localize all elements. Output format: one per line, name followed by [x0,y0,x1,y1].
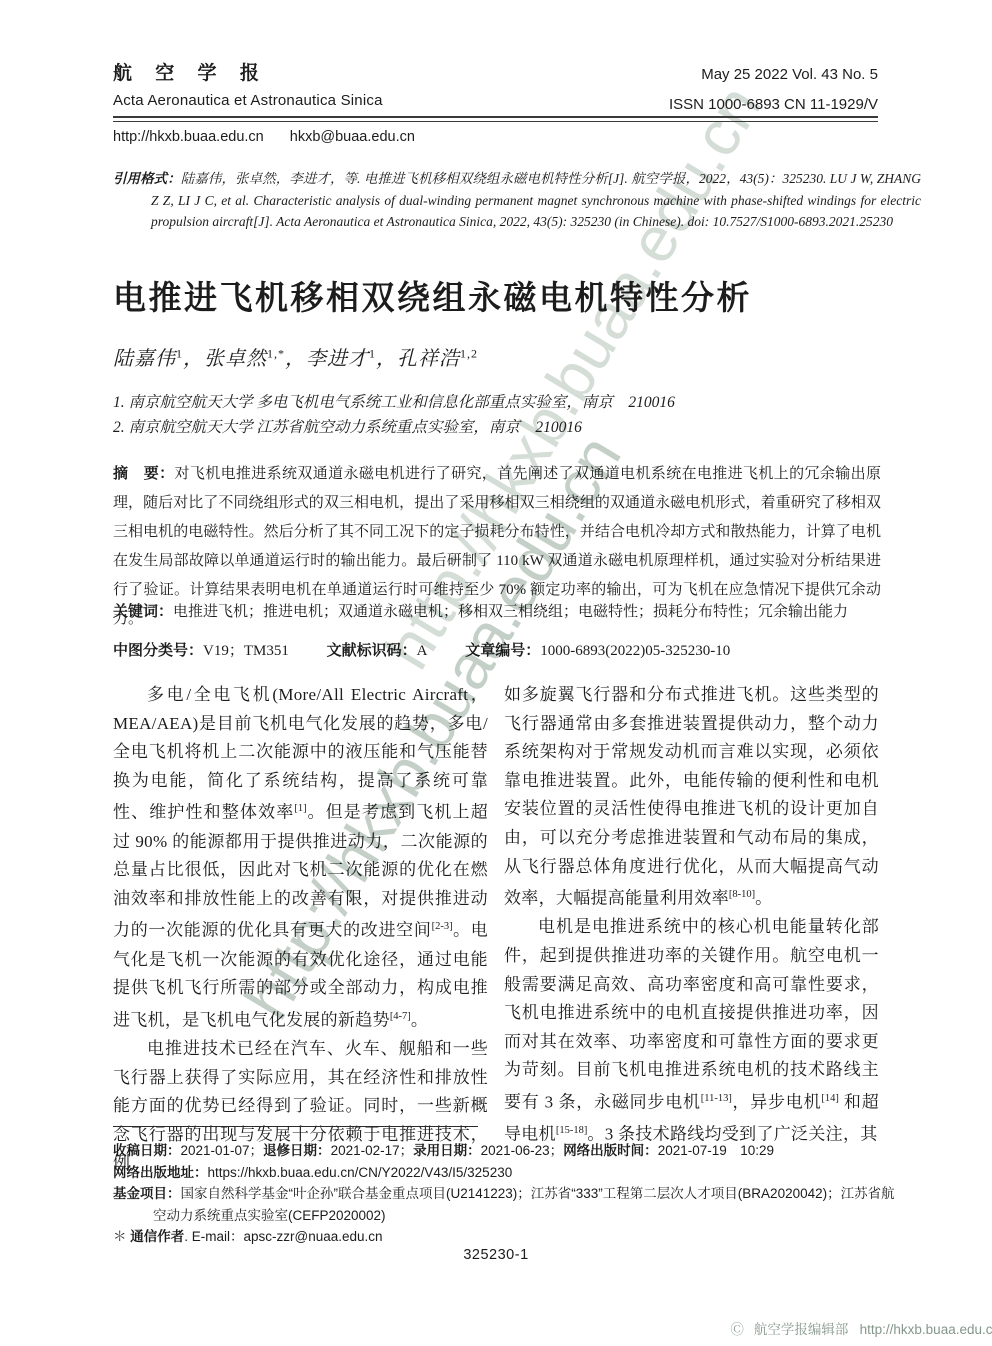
citation-block: 引用格式：陆嘉伟，张卓然，李进才，等. 电推进飞机移相双绕组永磁电机特性分析[J… [113,168,921,233]
author-name: 李进才1 [306,348,376,370]
body-column-right: 如多旋翼飞行器和分布式推进飞机。这些类型的飞行器通常由多套推进装置提供动力，整个… [504,681,879,1149]
footnote-line: 收稿日期：2021-01-07；退修日期：2021-02-17；录用日期：202… [113,1140,897,1162]
footnote-text: . E-mail：apsc-zzr@nuaa.edu.cn [184,1229,382,1244]
footnote-text: 国家自然科学基金“叶企孙”联合基金重点项目(U2141223)；江苏省“333”… [153,1186,895,1223]
abstract-label: 摘 要： [113,465,174,482]
article-title: 电推进飞机移相双绕组永磁电机特性分析 [113,272,752,319]
affiliation-2: 2. 南京航空航天大学 江苏省航空动力系统重点实验室，南京 210016 [113,415,675,440]
body-paragraph: 如多旋翼飞行器和分布式推进飞机。这些类型的飞行器通常由多套推进装置提供动力，整个… [504,681,879,913]
author-affiliation-marker: 1 [176,346,183,360]
footnote-line: 网络出版地址：https://hkxb.buaa.edu.cn/CN/Y2022… [113,1162,897,1184]
copyright-symbol-icon: Ⓒ [730,1322,744,1337]
body-paragraph: 多电/全电飞机(More/All Electric Aircraft，MEA/A… [113,681,488,1035]
author-affiliation-marker: 1,2 [460,346,478,360]
footnote-text: https://hkxb.buaa.edu.cn/CN/Y2022/V43/I5… [208,1165,513,1180]
copyright-line: Ⓒ航空学报编辑部 http://hkxb.buaa.edu.cn [730,1318,992,1338]
footnote-label: 基金项目： [113,1186,181,1201]
footnote-text: 2021-02-17； [331,1143,414,1158]
author-name: 孔祥浩1,2 [397,348,478,370]
clc-value: V19；TM351 [203,643,289,659]
article-id-label: 文章编号： [465,642,540,659]
reference-marker: [8-10] [729,889,755,900]
footnote-divider [113,1126,478,1127]
author-affiliation-marker: 1 [369,346,376,360]
affiliation-1: 1. 南京航空航天大学 多电飞机电气系统工业和信息化部重点实验室，南京 2100… [113,390,675,415]
body-paragraph: 电机是电推进系统中的核心机电能量转化部件，起到提供推进功率的关键作用。航空电机一… [504,913,879,1149]
footnote-line: ＊ 通信作者. E-mail：apsc-zzr@nuaa.edu.cn [113,1226,897,1248]
page-number: 325230-1 [0,1247,992,1263]
footnote-label: 网络出版时间： [563,1143,658,1158]
keywords-block: 关键词：电推进飞机；推进电机；双通道永磁电机；移相双三相绕组；电磁特性；损耗分布… [113,600,881,621]
journal-email: hkxb@buaa.edu.cn [290,129,415,145]
doc-code-pair: 文献标识码：A [327,643,428,659]
reference-marker: [14] [821,1093,839,1104]
footnote-label: 收稿日期： [113,1143,181,1158]
reference-marker: [2-3] [432,921,453,932]
journal-website-link: http://hkxb.buaa.edu.cn [113,129,264,145]
footnote-label: 通信作者 [130,1229,184,1244]
footnote-block: 收稿日期：2021-01-07；退修日期：2021-02-17；录用日期：202… [113,1140,897,1248]
classification-line: 中图分类号：V19；TM351 文献标识码：A 文章编号：1000-6893(2… [113,639,881,660]
author-name: 张卓然1,* [204,348,285,370]
copyright-owner: 航空学报编辑部 [754,1322,849,1337]
footnote-line: 基金项目：国家自然科学基金“叶企孙”联合基金重点项目(U2141223)；江苏省… [113,1183,897,1226]
citation-text: 陆嘉伟，张卓然，李进才，等. 电推进飞机移相双绕组永磁电机特性分析[J]. 航空… [151,171,921,229]
footnote-label: 网络出版地址： [113,1165,208,1180]
journal-contact-line: http://hkxb.buaa.edu.cnhkxb@buaa.edu.cn [113,129,441,145]
journal-name-cn: 航 空 学 报 [113,58,383,85]
doc-code-value: A [417,643,428,659]
keywords-label: 关键词： [113,603,173,620]
reference-marker: [4-7] [390,1011,411,1022]
article-id-value: 1000-6893(2022)05-325230-10 [540,643,730,659]
doc-code-label: 文献标识码： [327,642,417,659]
header-divider [113,116,878,122]
footnote-text: ＊ [113,1229,130,1244]
footnote-text: 2021-06-23； [481,1143,564,1158]
footnote-text: 2021-01-07； [181,1143,264,1158]
footnote-text: 2021-07-19 10:29 [658,1143,774,1158]
footnote-label: 退修日期： [263,1143,331,1158]
reference-marker: [1] [294,803,306,814]
reference-marker: [11-13] [701,1093,732,1104]
affiliation-list: 1. 南京航空航天大学 多电飞机电气系统工业和信息化部重点实验室，南京 2100… [113,390,675,440]
journal-masthead: 航 空 学 报 Acta Aeronautica et Astronautica… [113,58,383,109]
author-list: 陆嘉伟1，张卓然1,*，李进才1，孔祥浩1,2 [113,342,478,371]
clc-label: 中图分类号： [113,642,203,659]
body-column-left: 多电/全电飞机(More/All Electric Aircraft，MEA/A… [113,681,488,1178]
article-id-pair: 文章编号：1000-6893(2022)05-325230-10 [465,643,730,659]
citation-label: 引用格式： [113,171,181,186]
keywords-text: 电推进飞机；推进电机；双通道永磁电机；移相双三相绕组；电磁特性；损耗分布特性；冗… [173,604,848,620]
journal-page: http://hkxb.buaa.edu.cn http://hkxb.buaa… [0,0,992,1346]
author-name: 陆嘉伟1 [113,348,183,370]
author-affiliation-marker: 1,* [267,346,285,360]
reference-marker: [15-18] [556,1125,588,1136]
journal-name-en: Acta Aeronautica et Astronautica Sinica [113,92,383,109]
issue-date-volume: May 25 2022 Vol. 43 No. 5 [669,60,878,90]
footnote-label: 录用日期： [413,1143,481,1158]
copyright-url: http://hkxb.buaa.edu.cn [860,1322,992,1337]
clc-pair: 中图分类号：V19；TM351 [113,643,289,659]
issue-info: May 25 2022 Vol. 43 No. 5 ISSN 1000-6893… [669,60,878,120]
